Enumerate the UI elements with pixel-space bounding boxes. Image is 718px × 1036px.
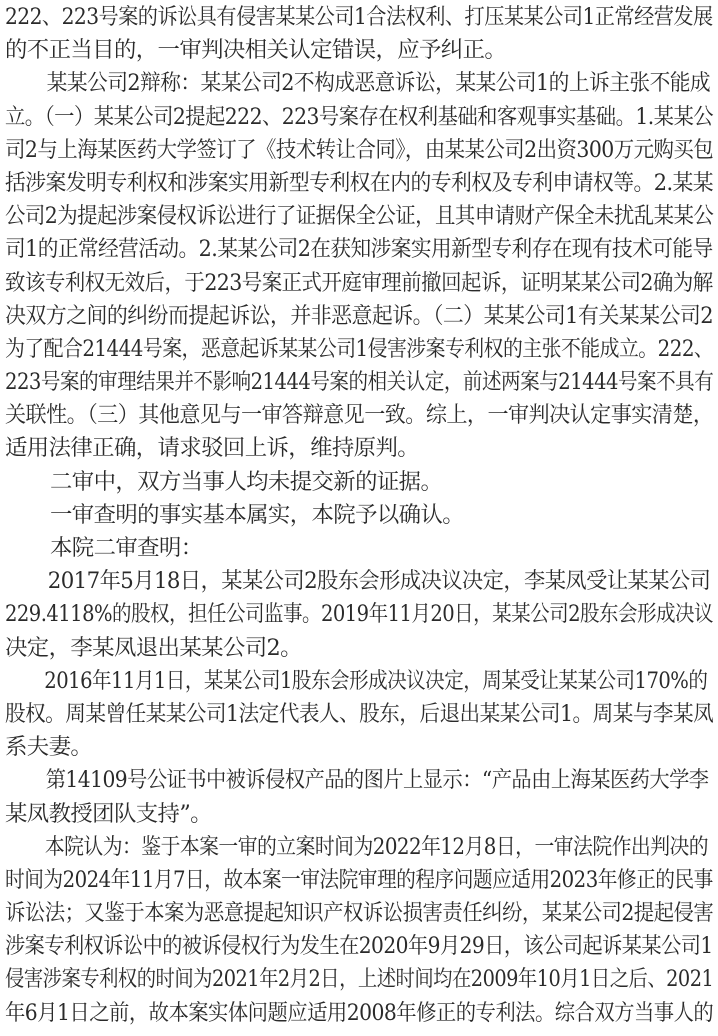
paragraph-finding-2016: 2016年11月1日，某某公司1股东会形成决议决定，周某受让某某公司170%的 … [5, 665, 713, 765]
text-line: 为了配合21444号案，恶意起诉某某公司1侵害涉案专利权的主张不能成立。222、 [5, 333, 633, 366]
text-line: 二审中，双方当事人均未提交新的证据。 [5, 466, 713, 499]
paragraph-respondent-defense: 某某公司2辩称：某某公司2不构成恶意诉讼，某某公司1的上诉主张不能成 立。（一）… [5, 67, 713, 465]
text-line: 涉案专利权诉讼中的被诉侵权行为发生在2020年9月29日，该公司起诉某某公司1 [5, 930, 644, 963]
text-line: 立。（一）某某公司2提起222、223号案存在权利基础和客观事实基础。1.某某公 [5, 101, 648, 134]
text-line: 决定，李某凤退出某某公司2。 [5, 632, 713, 665]
text-line: 司2与上海某医药大学签订了《技术转让合同》，由某某公司2出资300万元购买包 [5, 134, 651, 167]
text-line: 第14109号公证书中被诉侵权产品的图片上显示：“产品由上海某医药大学李 [5, 764, 645, 797]
text-line: 229.4118%的股权，担任公司监事。2019年11月20日，某某公司2股东会… [5, 598, 622, 631]
text-line: 本院认为：鉴于本案一审的立案时间为2022年12月8日，一审法院作出判决的 [5, 831, 632, 864]
paragraph-facts-confirmed: 一审查明的事实基本属实，本院予以确认。 [5, 499, 713, 532]
paragraph-no-new-evidence: 二审中，双方当事人均未提交新的证据。 [5, 466, 713, 499]
text-line: 222、223号案的诉讼具有侵害某某公司1合法权利、打压某某公司1正常经营发展 [5, 1, 644, 34]
paragraph-court-opinion: 本院认为：鉴于本案一审的立案时间为2022年12月8日，一审法院作出判决的 时间… [5, 831, 713, 1030]
text-line: 司1的正常经营活动。2.某某公司2在获知涉案实用新型专利存在现有技术可能导 [5, 233, 659, 266]
text-line: 2017年5月18日，某某公司2股东会形成决议决定，李某凤受让某某公司 [5, 565, 678, 598]
text-line: 关联性。（三）其他意见与一审答辩意见一致。综上，一审判决认定事实清楚， [5, 399, 672, 432]
text-line: 时间为2024年11月7日，故本案一审法院审理的程序问题应适用2023年修正的民… [5, 864, 628, 897]
text-line: 的不正当目的，一审判决相关认定错误，应予纠正。 [5, 34, 713, 67]
text-line: 系夫妻。 [5, 731, 713, 764]
text-line: 侵害涉案专利权的时间为2021年2月2日，上述时间均在2009年10月1日之后、… [5, 963, 616, 996]
text-line: 公司2为提起涉案侵权诉讼进行了证据保全公证，且其申请财产保全未扰乱某某公 [5, 200, 651, 233]
text-line: 某某公司2辩称：某某公司2不构成恶意诉讼，某某公司1的上诉主张不能成 [5, 67, 661, 100]
text-line: 本院二审查明： [5, 532, 713, 565]
paragraph-notarial-certificate: 第14109号公证书中被诉侵权产品的图片上显示：“产品由上海某医药大学李 某凤教… [5, 764, 713, 830]
paragraph-appellant-claim-end: 222、223号案的诉讼具有侵害某某公司1合法权利、打压某某公司1正常经营发展 … [5, 1, 713, 67]
text-line: 适用法律正确，请求驳回上诉，维持原判。 [5, 432, 713, 465]
text-line: 诉讼法；又鉴于本案为恶意提起知识产权诉讼损害责任纠纷，某某公司2提起侵害 [5, 897, 651, 930]
text-line: 223号案的审理结果并不影响21444号案的相关认定，前述两案与21444号案不… [5, 366, 625, 399]
text-line: 决双方之间的纠纷而提起诉讼，并非恶意起诉。（二）某某公司1有关某某公司2 [5, 300, 667, 333]
text-line: 一审查明的事实基本属实，本院予以确认。 [5, 499, 713, 532]
text-line: 致该专利权无效后，于223号案正式开庭审理前撤回起诉，证明某某公司2确为解 [5, 267, 653, 300]
text-line: 括涉案发明专利权和涉案实用新型专利权在内的专利权及专利申请权等。2.某某 [5, 167, 664, 200]
paragraph-second-instance-findings-heading: 本院二审查明： [5, 532, 713, 565]
paragraph-finding-2017: 2017年5月18日，某某公司2股东会形成决议决定，李某凤受让某某公司 229.… [5, 565, 713, 665]
document-page: 222、223号案的诉讼具有侵害某某公司1合法权利、打压某某公司1正常经营发展 … [5, 1, 713, 1030]
text-line: 某凤教授团队支持”。 [5, 798, 713, 831]
text-line: 2016年11月1日，某某公司1股东会形成决议决定，周某受让某某公司170%的 [5, 665, 623, 698]
text-line: 年6月1日之前，故本案实体问题应适用2008年修正的专利法。综合双方当事人的 [5, 997, 649, 1030]
text-line: 股权。周某曾任某某公司1法定代表人、股东，后退出某某公司1。周某与李某凤 [5, 698, 658, 731]
